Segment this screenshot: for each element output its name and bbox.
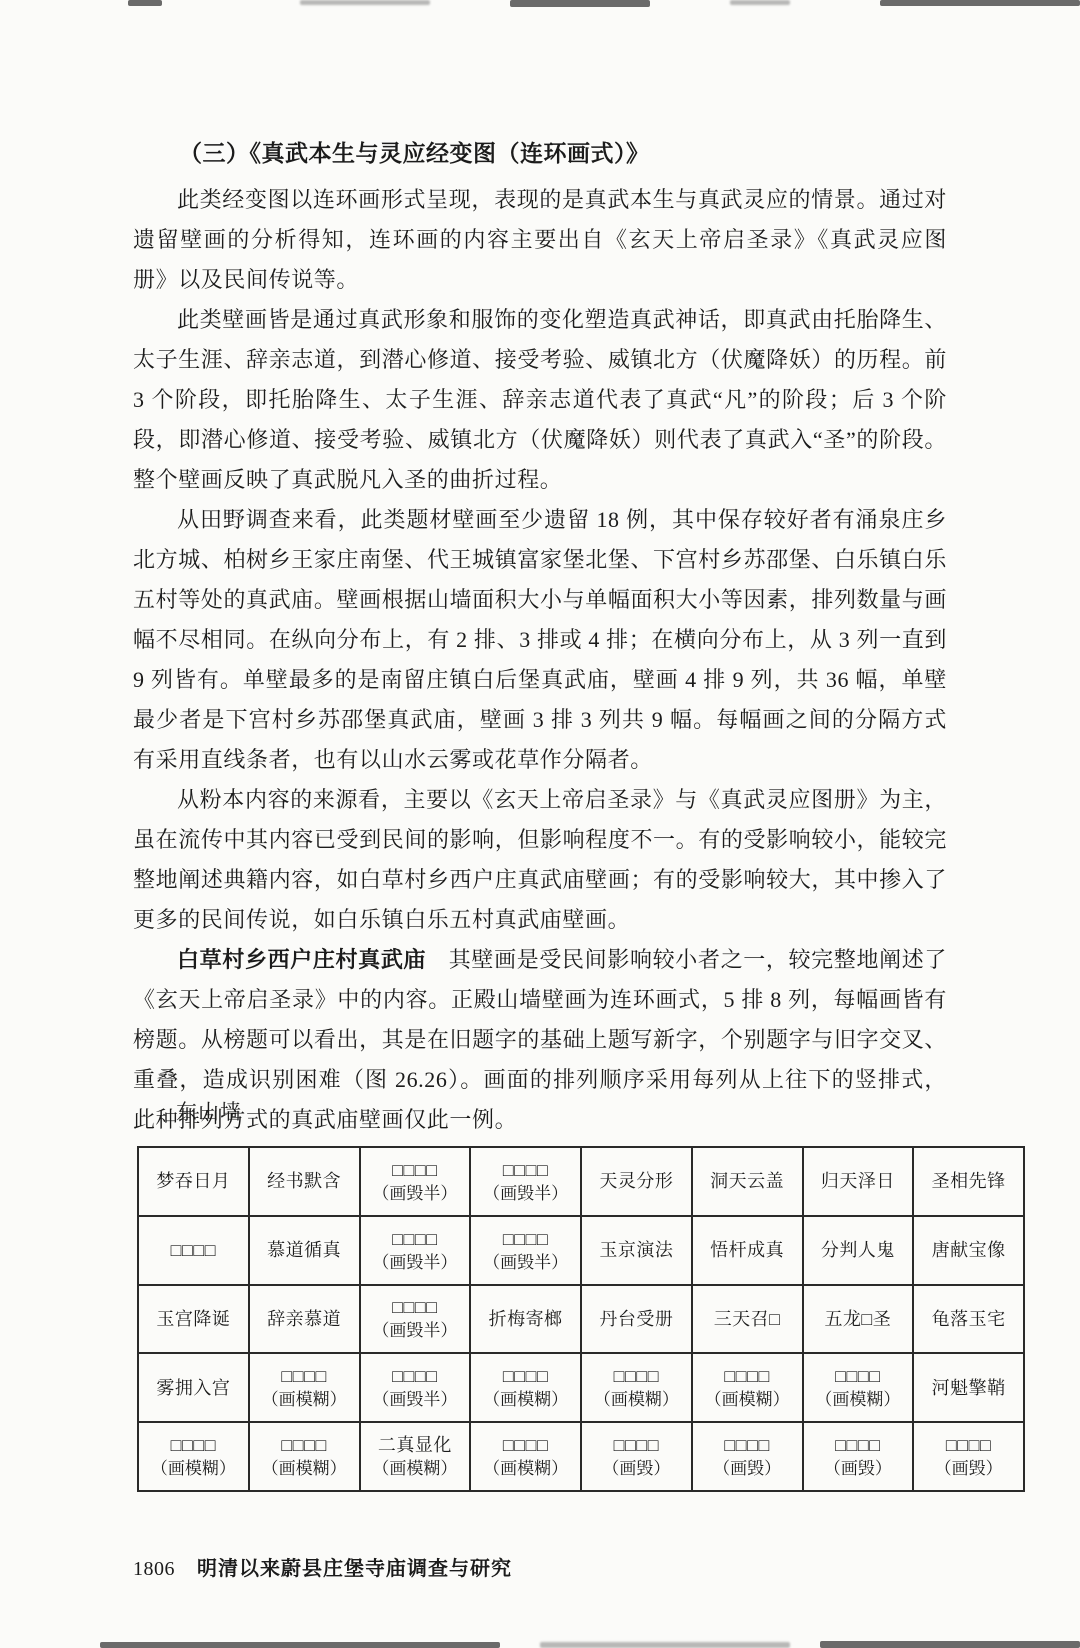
- page-number: 1806: [133, 1558, 175, 1580]
- table-cell: 二真显化（画模糊）: [360, 1422, 471, 1491]
- table-cell: 丹台受册: [581, 1285, 692, 1354]
- mural-panel-condition: （画模糊）: [694, 1388, 801, 1411]
- mural-panel-title: 慕道循真: [251, 1238, 358, 1262]
- table-cell: □□□□（画毁半）: [360, 1285, 471, 1354]
- mural-panel-condition: （画模糊）: [140, 1457, 247, 1480]
- mural-panel-title: 天灵分形: [583, 1169, 690, 1193]
- mural-panel-title: 分判人鬼: [805, 1238, 912, 1262]
- mural-panel-condition: （画毁半）: [362, 1182, 469, 1205]
- mural-panel-title: 经书默含: [251, 1169, 358, 1193]
- mural-panel-title: □□□□: [472, 1227, 579, 1251]
- table-cell: 悟杆成真: [692, 1216, 803, 1285]
- mural-panel-title: □□□□: [583, 1433, 690, 1457]
- mural-panel-title: 折梅寄榔: [472, 1307, 579, 1331]
- mural-panel-title: □□□□: [251, 1364, 358, 1388]
- mural-panel-title: 玉京演法: [583, 1238, 690, 1262]
- mural-panel-title: □□□□: [915, 1433, 1022, 1457]
- table-cell: □□□□: [138, 1216, 249, 1285]
- mural-panel-title: □□□□: [694, 1364, 801, 1388]
- mural-panel-condition: （画毁半）: [472, 1182, 579, 1205]
- table-cell: 三天召□: [692, 1285, 803, 1354]
- mural-title-table: 梦吞日月经书默含□□□□（画毁半）□□□□（画毁半）天灵分形洞天云盖归天泽日圣相…: [137, 1146, 1025, 1492]
- mural-panel-title: □□□□: [140, 1433, 247, 1457]
- mural-panel-title: 三天召□: [694, 1307, 801, 1331]
- table-cell: 唐献宝像: [913, 1216, 1024, 1285]
- mural-panel-title: □□□□: [472, 1433, 579, 1457]
- table-cell: 洞天云盖: [692, 1147, 803, 1216]
- mural-panel-title: 五龙□圣: [805, 1307, 912, 1331]
- table-cell: 经书默含: [249, 1147, 360, 1216]
- table-cell: □□□□（画毁）: [581, 1422, 692, 1491]
- table-cell: □□□□（画毁半）: [360, 1353, 471, 1422]
- mural-panel-title: 玉宫降诞: [140, 1307, 247, 1331]
- table-cell: 梦吞日月: [138, 1147, 249, 1216]
- temple-name-lead: 白草村乡西户庄村真武庙: [177, 947, 426, 972]
- mural-panel-title: □□□□: [140, 1238, 247, 1262]
- table-cell: 慕道循真: [249, 1216, 360, 1285]
- mural-panel-condition: （画模糊）: [472, 1457, 579, 1480]
- table-row: □□□□（画模糊）□□□□（画模糊）二真显化（画模糊）□□□□（画模糊）□□□□…: [138, 1422, 1024, 1491]
- mural-panel-title: □□□□: [583, 1364, 690, 1388]
- mural-panel-title: 梦吞日月: [140, 1169, 247, 1193]
- mural-panel-condition: （画毁半）: [362, 1388, 469, 1411]
- mural-panel-condition: （画模糊）: [251, 1388, 358, 1411]
- mural-panel-condition: （画模糊）: [251, 1457, 358, 1480]
- table-cell: 玉宫降诞: [138, 1285, 249, 1354]
- table-cell: 天灵分形: [581, 1147, 692, 1216]
- table-cell: □□□□（画模糊）: [803, 1353, 914, 1422]
- table-cell: □□□□（画毁半）: [470, 1216, 581, 1285]
- mural-panel-condition: （画模糊）: [472, 1388, 579, 1411]
- mural-panel-title: □□□□: [472, 1364, 579, 1388]
- paragraph: 此类经变图以连环画形式呈现，表现的是真武本生与真武灵应的情景。通过对遗留壁画的分…: [133, 180, 947, 300]
- scan-artifact: [880, 0, 1080, 6]
- page-footer: 1806明清以来蔚县庄堡寺庙调查与研究: [133, 1552, 512, 1581]
- scan-artifact: [300, 0, 430, 5]
- paragraph-text: 其壁画是受民间影响较小者之一，较完整地阐述了《玄天上帝启圣录》中的内容。正殿山墙…: [133, 947, 947, 1132]
- scanned-page: （三）《真武本生与灵应经变图（连环画式）》 此类经变图以连环画形式呈现，表现的是…: [0, 0, 1080, 1648]
- mural-panel-title: □□□□: [362, 1295, 469, 1319]
- mural-panel-condition: （画模糊）: [362, 1457, 469, 1480]
- table-cell: 雾拥入宫: [138, 1353, 249, 1422]
- scan-artifact: [128, 0, 162, 6]
- mural-panel-title: □□□□: [251, 1433, 358, 1457]
- table-cell: □□□□（画毁）: [803, 1422, 914, 1491]
- paragraph: 白草村乡西户庄村真武庙 其壁画是受民间影响较小者之一，较完整地阐述了《玄天上帝启…: [133, 940, 947, 1140]
- table-cell: 玉京演法: [581, 1216, 692, 1285]
- scan-artifact: [510, 0, 650, 7]
- mural-panel-condition: （画毁半）: [362, 1251, 469, 1274]
- mural-panel-title: 归天泽日: [805, 1169, 912, 1193]
- table-cell: □□□□（画毁半）: [360, 1147, 471, 1216]
- table-cell: 五龙□圣: [803, 1285, 914, 1354]
- book-title: 明清以来蔚县庄堡寺庙调查与研究: [197, 1558, 512, 1580]
- mural-panel-title: □□□□: [362, 1158, 469, 1182]
- table-cell: □□□□（画模糊）: [692, 1353, 803, 1422]
- mural-panel-title: 河魁擎鞘: [915, 1376, 1022, 1400]
- table-cell: 河魁擎鞘: [913, 1353, 1024, 1422]
- mural-panel-condition: （画毁）: [805, 1457, 912, 1480]
- scan-artifact: [540, 1642, 790, 1648]
- mural-panel-condition: （画模糊）: [583, 1388, 690, 1411]
- paragraph: 从田野调查来看，此类题材壁画至少遗留 18 例，其中保存较好者有涌泉庄乡北方城、…: [133, 500, 947, 780]
- mural-panel-condition: （画毁）: [694, 1457, 801, 1480]
- table-row: 雾拥入宫□□□□（画模糊）□□□□（画毁半）□□□□（画模糊）□□□□（画模糊）…: [138, 1353, 1024, 1422]
- table-row: □□□□慕道循真□□□□（画毁半）□□□□（画毁半）玉京演法悟杆成真分判人鬼唐献…: [138, 1216, 1024, 1285]
- table-cell: □□□□（画模糊）: [470, 1422, 581, 1491]
- text-block: （三）《真武本生与灵应经变图（连环画式）》 此类经变图以连环画形式呈现，表现的是…: [133, 134, 947, 1140]
- table-cell: 折梅寄榔: [470, 1285, 581, 1354]
- mural-panel-title: □□□□: [805, 1364, 912, 1388]
- table-cell: 分判人鬼: [803, 1216, 914, 1285]
- mural-panel-title: 雾拥入宫: [140, 1376, 247, 1400]
- paragraph: 此类壁画皆是通过真武形象和服饰的变化塑造真武神话，即真武由托胎降生、太子生涯、辞…: [133, 300, 947, 500]
- mural-panel-condition: （画模糊）: [805, 1388, 912, 1411]
- wall-label: 东山墙: [176, 1096, 242, 1126]
- table-cell: 圣相先锋: [913, 1147, 1024, 1216]
- mural-panel-condition: （画毁半）: [472, 1251, 579, 1274]
- table-cell: □□□□（画模糊）: [581, 1353, 692, 1422]
- mural-panel-title: 二真显化: [362, 1433, 469, 1457]
- table-cell: □□□□（画模糊）: [138, 1422, 249, 1491]
- table-cell: □□□□（画模糊）: [249, 1422, 360, 1491]
- mural-panel-condition: （画毁）: [583, 1457, 690, 1480]
- scan-artifact: [100, 1642, 500, 1648]
- table-row: 梦吞日月经书默含□□□□（画毁半）□□□□（画毁半）天灵分形洞天云盖归天泽日圣相…: [138, 1147, 1024, 1216]
- mural-panel-title: □□□□: [362, 1227, 469, 1251]
- table-cell: □□□□（画模糊）: [249, 1353, 360, 1422]
- table-cell: 辞亲慕道: [249, 1285, 360, 1354]
- mural-panel-title: □□□□: [362, 1364, 469, 1388]
- table-cell: □□□□（画模糊）: [470, 1353, 581, 1422]
- mural-panel-condition: （画毁半）: [362, 1319, 469, 1342]
- table-cell: 归天泽日: [803, 1147, 914, 1216]
- table-cell: □□□□（画毁半）: [470, 1147, 581, 1216]
- table-cell: □□□□（画毁）: [692, 1422, 803, 1491]
- table-cell: □□□□（画毁半）: [360, 1216, 471, 1285]
- mural-panel-title: 洞天云盖: [694, 1169, 801, 1193]
- table-cell: 龟落玉宅: [913, 1285, 1024, 1354]
- scan-artifact: [730, 0, 790, 5]
- mural-panel-condition: （画毁）: [915, 1457, 1022, 1480]
- mural-panel-title: □□□□: [472, 1158, 579, 1182]
- table-cell: □□□□（画毁）: [913, 1422, 1024, 1491]
- mural-panel-title: 唐献宝像: [915, 1238, 1022, 1262]
- scan-artifact: [820, 1641, 1080, 1648]
- mural-panel-title: 龟落玉宅: [915, 1307, 1022, 1331]
- mural-panel-title: 圣相先锋: [915, 1169, 1022, 1193]
- table-row: 玉宫降诞辞亲慕道□□□□（画毁半）折梅寄榔丹台受册三天召□五龙□圣龟落玉宅: [138, 1285, 1024, 1354]
- mural-panel-title: □□□□: [694, 1433, 801, 1457]
- paragraph: 从粉本内容的来源看，主要以《玄天上帝启圣录》与《真武灵应图册》为主，虽在流传中其…: [133, 780, 947, 940]
- mural-panel-title: 悟杆成真: [694, 1238, 801, 1262]
- mural-panel-title: 丹台受册: [583, 1307, 690, 1331]
- mural-panel-title: □□□□: [805, 1433, 912, 1457]
- mural-panel-title: 辞亲慕道: [251, 1307, 358, 1331]
- section-title: （三）《真武本生与灵应经变图（连环画式）》: [133, 134, 947, 174]
